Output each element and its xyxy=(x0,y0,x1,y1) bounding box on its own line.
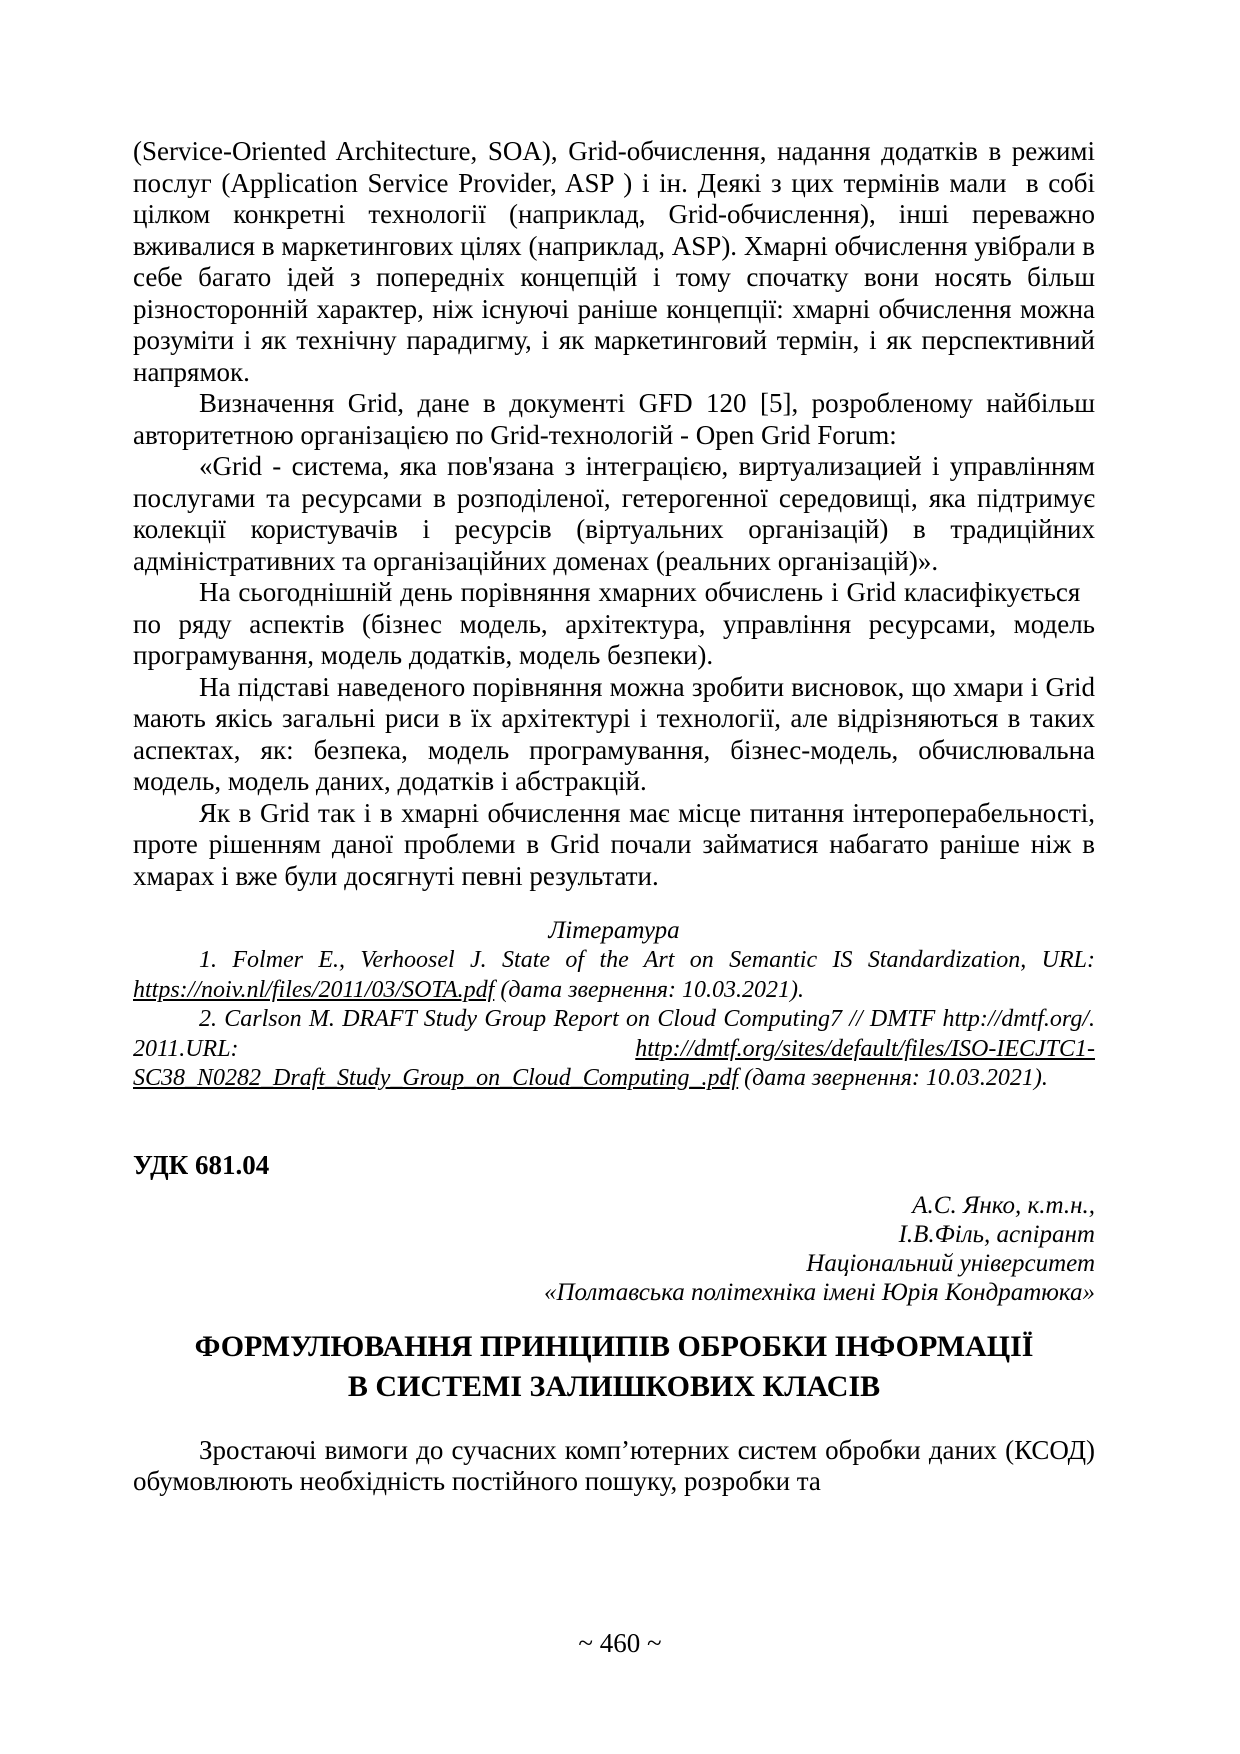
reference-item: 2. Carlson M. DRAFT Study Group Report o… xyxy=(133,1005,1095,1094)
body-paragraph: Зростаючі вимоги до сучасних комп’ютерни… xyxy=(133,1435,1095,1498)
body-paragraph: На сьогоднішній день порівняння хмарних … xyxy=(133,577,1095,672)
article-title-line: ФОРМУЛЮВАННЯ ПРИНЦИПІВ ОБРОБКИ ІНФОРМАЦІ… xyxy=(133,1327,1095,1367)
reference-text: (дата звернення: 10.03.2021). xyxy=(738,1065,1048,1091)
reference-text: (дата звернення: 10.03.2021). xyxy=(494,977,804,1003)
article-title: ФОРМУЛЮВАННЯ ПРИНЦИПІВ ОБРОБКИ ІНФОРМАЦІ… xyxy=(133,1327,1095,1407)
author-line: «Полтавська політехніка імені Юрія Кондр… xyxy=(133,1278,1095,1307)
reference-text: 1. Folmer E., Verhoosel J. State of the … xyxy=(199,947,1095,973)
body-paragraph: Визначення Grid, дане в документі GFD 12… xyxy=(133,388,1095,451)
body-paragraph: На підставі наведеного порівняння можна … xyxy=(133,672,1095,798)
reference-url-link[interactable]: https://noiv.nl/files/2011/03/SOTA.pdf xyxy=(133,977,494,1003)
author-line: Національний університет xyxy=(133,1249,1095,1278)
page-number: ~ 460 ~ xyxy=(0,1628,1240,1659)
body-paragraph: «Grid - система, яка пов'язана з інтегра… xyxy=(133,451,1095,577)
references-section: Література 1. Folmer E., Verhoosel J. St… xyxy=(133,916,1095,1094)
page-content: (Service-Oriented Architecture, SOA), Gr… xyxy=(133,136,1095,1498)
reference-item: 1. Folmer E., Verhoosel J. State of the … xyxy=(133,946,1095,1005)
udc-heading: УДК 681.04 xyxy=(133,1150,1095,1181)
body-paragraph: (Service-Oriented Architecture, SOA), Gr… xyxy=(133,136,1095,388)
author-line: І.В.Філь, аспірант xyxy=(133,1220,1095,1249)
document-page: (Service-Oriented Architecture, SOA), Gr… xyxy=(0,0,1240,1754)
author-line: А.С. Янко, к.т.н., xyxy=(133,1191,1095,1220)
article-title-line: В СИСТЕМІ ЗАЛИШКОВИХ КЛАСІВ xyxy=(133,1367,1095,1407)
references-heading: Література xyxy=(133,916,1095,946)
author-block: А.С. Янко, к.т.н., І.В.Філь, аспірант На… xyxy=(133,1191,1095,1307)
body-paragraph: Як в Grid так і в хмарні обчислення має … xyxy=(133,798,1095,893)
